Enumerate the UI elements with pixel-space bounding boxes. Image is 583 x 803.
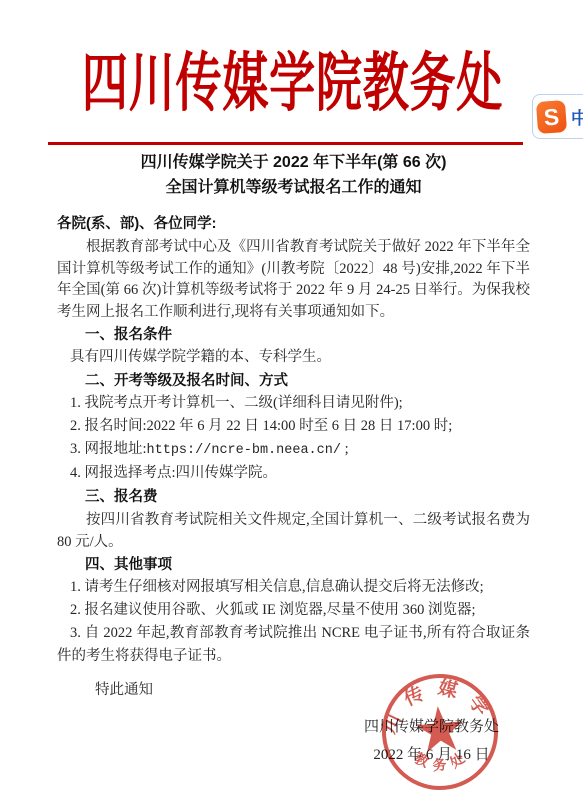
sogou-s-icon: S xyxy=(536,100,567,134)
notice-body: 四川传媒学院关于 2022 年下半年(第 66 次) 全国计算机等级考试报名工作… xyxy=(57,150,530,701)
section-1-heading: 一、报名条件 xyxy=(57,325,530,346)
section-2-heading: 二、开考等级及报名时间、方式 xyxy=(57,371,530,392)
sogou-extension-label: 中 xyxy=(571,104,583,129)
intro-paragraph: 根据教育部考试中心及《四川省教育考试院关于做好 2022 年下半年全国计算机等级… xyxy=(57,237,530,323)
section-4-heading: 四、其他事项 xyxy=(57,555,530,576)
section-3-heading: 三、报名费 xyxy=(57,487,530,508)
section-1-body: 具有四川传媒学院学籍的本、专科学生。 xyxy=(57,346,530,369)
signature-block: 四川传媒学院教务处 2022 年 6 月 16 日 xyxy=(364,717,499,766)
greeting-line: 各院(系、部)、各位同学: xyxy=(57,214,530,235)
notice-title-line-1: 四川传媒学院关于 2022 年下半年(第 66 次) xyxy=(57,150,530,175)
sogou-extension-button[interactable]: S 中 xyxy=(532,94,583,139)
signature-org: 四川传媒学院教务处 xyxy=(364,717,499,738)
registration-url-suffix: ; xyxy=(341,441,349,457)
registration-url: https://ncre-bm.neea.cn/ xyxy=(147,443,341,458)
section-2-item-3: 3. 网报地址:https://ncre-bm.neea.cn/ ; xyxy=(57,438,530,462)
section-3-body: 按四川省教育考试院相关文件规定,全国计算机一、二级考试报名费为 80 元/人。 xyxy=(57,510,530,553)
section-2-item-4: 4. 网报选择考点:四川传媒学院。 xyxy=(57,462,530,485)
section-4-item-2: 2. 报名建议使用谷歌、火狐或 IE 浏览器,尽量不使用 360 浏览器; xyxy=(57,599,530,622)
registration-url-label: 3. 网报地址: xyxy=(70,441,147,457)
section-4-item-3: 3. 自 2022 年起,教育部教育考试院推出 NCRE 电子证书,所有符合取证… xyxy=(57,622,530,668)
notice-page: 四川传媒学院教务处 S 中 四川传媒学院关于 2022 年下半年(第 66 次)… xyxy=(0,0,583,803)
signature-date: 2022 年 6 月 16 日 xyxy=(364,745,499,766)
closing-line: 特此通知 xyxy=(57,680,530,701)
masthead: 四川传媒学院教务处 xyxy=(0,46,567,123)
section-2-item-1: 1. 我院考点开考计算机一、二级(详细科目请见附件); xyxy=(57,392,530,415)
section-4-item-1: 1. 请考生仔细核对网报填写相关信息,信息确认提交后将无法修改; xyxy=(57,576,530,599)
masthead-title: 四川传媒学院教务处 xyxy=(82,46,503,123)
masthead-divider-line xyxy=(48,142,523,145)
section-2-item-2: 2. 报名时间:2022 年 6 月 22 日 14:00 时至 6 日 28 … xyxy=(57,415,530,438)
sogou-s-letter: S xyxy=(543,104,560,128)
notice-title-line-2: 全国计算机等级考试报名工作的通知 xyxy=(57,175,530,200)
